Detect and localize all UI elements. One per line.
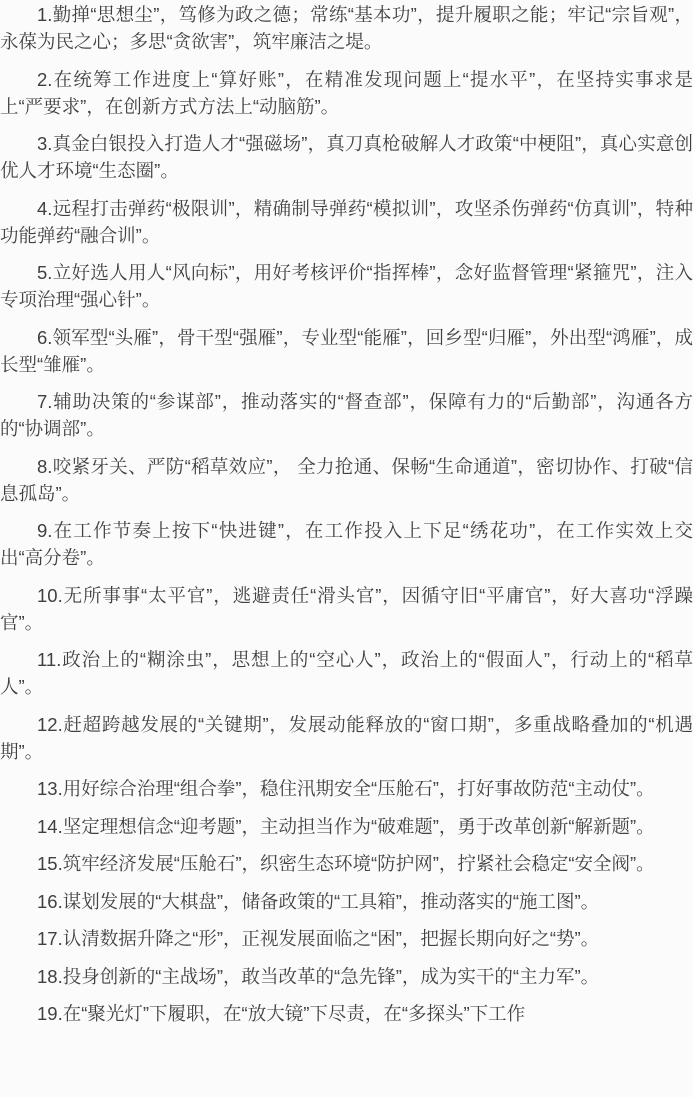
list-item: 16.谋划发展的“大棋盘”，储备政策的“工具箱”，推动落实的“施工图”。 bbox=[0, 888, 693, 915]
list-item: 15.筑牢经济发展“压舱石”，织密生态环境“防护网”，拧紧社会稳定“安全阀”。 bbox=[0, 850, 693, 877]
list-item: 1.勤掸“思想尘”，笃修为政之德；常练“基本功”，提升履职之能；牢记“宗旨观”，… bbox=[0, 1, 693, 55]
list-item: 3.真金白银投入打造人才“强磁场”，真刀真枪破解人才政策“中梗阻”，真心实意创优… bbox=[0, 130, 693, 184]
list-item: 8.咬紧牙关、严防“稻草效应”， 全力抢通、保畅“生命通道”，密切协作、打破“信… bbox=[0, 453, 693, 507]
list-item: 18.投身创新的“主战场”，敢当改革的“急先锋”，成为实干的“主力军”。 bbox=[0, 963, 693, 990]
list-item: 14.坚定理想信念“迎考题”，主动担当作为“破难题”，勇于改革创新“解新题”。 bbox=[0, 813, 693, 840]
list-item: 19.在“聚光灯”下履职，在“放大镜”下尽责，在“多探头”下工作 bbox=[0, 1000, 693, 1027]
list-item: 12.赶超跨越发展的“关键期”，发展动能释放的“窗口期”，多重战略叠加的“机遇期… bbox=[0, 711, 693, 765]
list-item: 13.用好综合治理“组合拳”，稳住汛期安全“压舱石”，打好事故防范“主动仗”。 bbox=[0, 775, 693, 802]
document-page: 1.勤掸“思想尘”，笃修为政之德；常练“基本功”，提升履职之能；牢记“宗旨观”，… bbox=[0, 0, 693, 1097]
list-item: 17.认清数据升降之“形”，正视发展面临之“困”，把握长期向好之“势”。 bbox=[0, 925, 693, 952]
list-item: 9.在工作节奏上按下“快进键”，在工作投入上下足“绣花功”，在工作实效上交出“高… bbox=[0, 517, 693, 571]
list-item: 7.辅助决策的“参谋部”，推动落实的“督查部”，保障有力的“后勤部”，沟通各方的… bbox=[0, 388, 693, 442]
list-item: 2.在统筹工作进度上“算好账”，在精准发现问题上“提水平”，在坚持实事求是上“严… bbox=[0, 66, 693, 120]
list-item: 4.远程打击弹药“极限训”，精确制导弹药“模拟训”，攻坚杀伤弹药“仿真训”，特种… bbox=[0, 195, 693, 249]
list-item: 11.政治上的“糊涂虫”，思想上的“空心人”，政治上的“假面人”，行动上的“稻草… bbox=[0, 646, 693, 700]
list-item: 5.立好选人用人“风向标”，用好考核评价“指挥棒”，念好监督管理“紧箍咒”，注入… bbox=[0, 259, 693, 313]
list-item: 6.领军型“头雁”，骨干型“强雁”，专业型“能雁”，回乡型“归雁”，外出型“鸿雁… bbox=[0, 324, 693, 378]
list-item: 10.无所事事“太平官”，逃避责任“滑头官”，因循守旧“平庸官”，好大喜功“浮躁… bbox=[0, 582, 693, 636]
